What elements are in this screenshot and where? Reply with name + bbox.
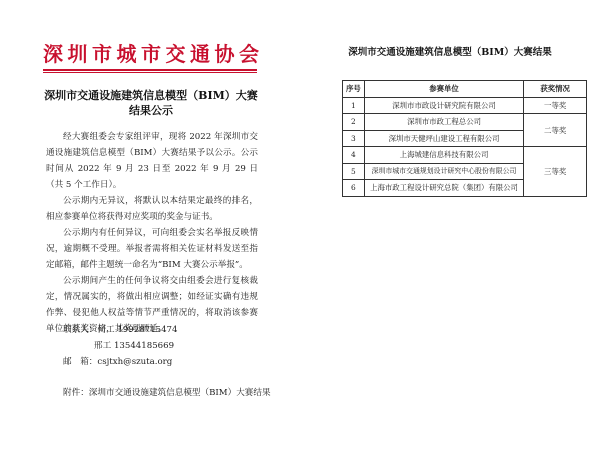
award-second: 二等奖 — [524, 114, 587, 147]
notice-page: 深圳市城市交通协会 深圳市交通设施建筑信息模型（BIM）大赛 结果公示 经大赛组… — [0, 0, 300, 450]
row-number: 1 — [343, 97, 365, 114]
letterhead-rule-thin — [43, 72, 257, 73]
row-number: 5 — [343, 163, 365, 180]
results-title: 深圳市交通设施建筑信息模型（BIM）大赛结果 — [300, 46, 600, 60]
row-participant: 深圳市天健坪山建设工程有限公司 — [364, 130, 524, 147]
letterhead-rule-thick — [43, 69, 257, 71]
paragraph-no-objection: 公示期内无异议，将默认以本结果定最终的排名，相应参赛单位将获得对应奖项的奖金与证… — [46, 193, 258, 225]
results-page: 深圳市交通设施建筑信息模型（BIM）大赛结果 序号 参赛单位 获奖情况 1 深圳… — [300, 0, 600, 450]
table-header-row: 序号 参赛单位 获奖情况 — [343, 81, 587, 98]
row-number: 4 — [343, 147, 365, 164]
award-first: 一等奖 — [524, 97, 587, 114]
contact-name-2: 邢工 — [94, 341, 111, 351]
row-participant: 上海市政工程设计研究总院（集团）有限公司 — [364, 180, 524, 197]
header-number: 序号 — [343, 81, 365, 98]
results-table: 序号 参赛单位 获奖情况 1 深圳市市政设计研究院有限公司 一等奖 2 深圳市市… — [342, 80, 587, 197]
contact-phone-1: 19928715474 — [117, 325, 177, 335]
email-address[interactable]: csjtxh@szuta.org — [97, 357, 172, 367]
header-award: 获奖情况 — [524, 81, 587, 98]
paragraph-announcement: 经大赛组委会专家组评审，现将 2022 年深圳市交通设施建筑信息模型（BIM）大… — [46, 129, 258, 193]
row-number: 2 — [343, 114, 365, 131]
row-number: 3 — [343, 130, 365, 147]
email-line: 邮 箱：csjtxh@szuta.org — [63, 354, 172, 370]
row-participant: 深圳市市政工程总公司 — [364, 114, 524, 131]
notice-title-line2: 结果公示 — [40, 103, 262, 118]
table-row: 2 深圳市市政工程总公司 二等奖 — [343, 114, 587, 131]
org-letterhead-title: 深圳市城市交通协会 — [43, 41, 257, 67]
paragraph-objection: 公示期内有任何异议，可向组委会实名举报反映情况，逾期概不受理。举报者需将相关佐证… — [46, 225, 258, 273]
notice-title-line1: 深圳市交通设施建筑信息模型（BIM）大赛 — [40, 88, 262, 103]
email-label: 邮 箱： — [63, 357, 97, 367]
row-number: 6 — [343, 180, 365, 197]
contact-line-2: 邢工 13544185669 — [94, 338, 174, 354]
contact-line-1: 联系人：何工 19928715474 — [63, 322, 177, 338]
table-row: 4 上海城建信息科技有限公司 三等奖 — [343, 147, 587, 164]
contact-label: 联系人： — [63, 325, 97, 335]
notice-body: 经大赛组委会专家组评审，现将 2022 年深圳市交通设施建筑信息模型（BIM）大… — [46, 129, 258, 337]
contact-phone-2: 13544185669 — [114, 341, 174, 351]
table-row: 1 深圳市市政设计研究院有限公司 一等奖 — [343, 97, 587, 114]
contact-name-1: 何工 — [97, 325, 114, 335]
row-participant: 深圳市城市交通规划设计研究中心股份有限公司 — [364, 163, 524, 180]
row-participant: 上海城建信息科技有限公司 — [364, 147, 524, 164]
attachment-line: 附件：深圳市交通设施建筑信息模型（BIM）大赛结果 — [63, 385, 271, 401]
header-participant: 参赛单位 — [364, 81, 524, 98]
row-participant: 深圳市市政设计研究院有限公司 — [364, 97, 524, 114]
award-third: 三等奖 — [524, 147, 587, 197]
